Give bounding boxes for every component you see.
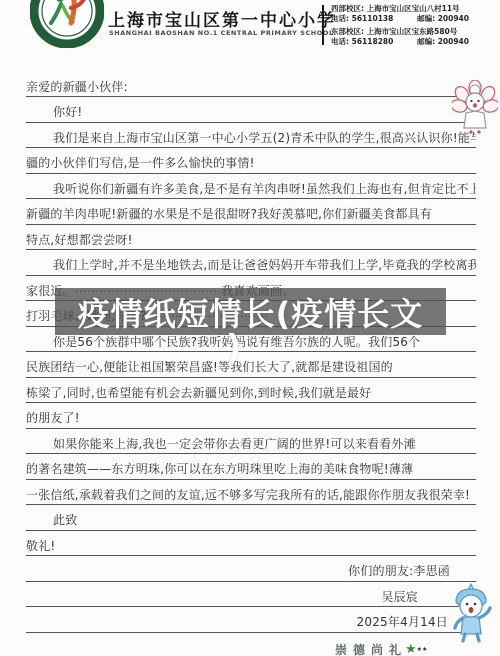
school-name-english: SHANGHAI BAOSHAN NO.1 CENTRAL PRIMARY SC… <box>109 29 329 37</box>
west-campus-phone: 电话: 56110138 <box>331 14 393 24</box>
caption-title: 疫情纸短情长(疫情长文 <box>78 289 424 335</box>
letter-line: 民族团结一心,便能让祖国繁荣昌盛!等我们长大了,就都是建设祖国的 <box>26 352 476 378</box>
east-campus-address: 东部校区: 上海市宝山区宝东路580号 <box>331 27 483 37</box>
west-campus: 西部校区: 上海市宝山区宝山八村11号 电话: 56110138 邮编: 200… <box>331 4 483 24</box>
caption-title-paren: ) <box>226 328 242 368</box>
flower-girl-sticker-icon <box>452 80 498 140</box>
letter-line: 的著名建筑——东方明珠,你可以在东方明珠里吃上海的美味食物呢!薄薄 <box>26 454 476 480</box>
letter-line: 如果你能来上海,我也一定会带你去看更广阔的世界!可以来看看外滩 <box>26 428 476 454</box>
east-campus-zip: 邮编: 200940 <box>417 37 469 47</box>
letter-line-salute: 敬礼! <box>26 530 476 556</box>
header-divider <box>322 5 324 45</box>
campus-address-block: 西部校区: 上海市宝山区宝山八村11号 电话: 56110138 邮编: 200… <box>331 4 483 50</box>
west-campus-zip: 邮编: 200940 <box>417 14 469 24</box>
letter-line-closing: 此致 <box>26 505 476 531</box>
letter-line: 我听说你们新疆有许多美食,是不是有羊肉串呀!虽然我们上海也有,但肯定比不上 <box>26 173 476 199</box>
east-campus-phone: 电话: 56118280 <box>331 37 393 47</box>
footer-motto-block: 崇德尚礼 ★ ★★ <box>335 641 427 656</box>
green-star-icon: ★ <box>405 642 417 656</box>
letter-line: 的朋友了! <box>26 403 476 429</box>
footer-motto: 崇德尚礼 <box>335 641 407 656</box>
letter-line: 疆的小伙伴们写信,是一件多么愉快的事情! <box>26 148 476 174</box>
school-logo-icon <box>30 0 104 48</box>
letter-line: 你好! <box>26 97 476 123</box>
letter-line: 我们上学时,并不是坐地铁去,而是让爸爸妈妈开车带我们上学,毕竟我的学校离我 <box>26 250 476 276</box>
signature-line: 你们的朋友:李思函 <box>26 556 476 582</box>
west-campus-address: 西部校区: 上海市宝山区宝山八村11号 <box>331 4 483 14</box>
letter-page: 上海市宝山区第一中心小学 SHANGHAI BAOSHAN NO.1 CENTR… <box>0 0 500 656</box>
school-name: 上海市宝山区第一中心小学 <box>108 6 328 31</box>
letter-line: 新疆的羊肉串呢!新疆的水果是不是很甜呀?我好羡慕吧,你们新疆美食都具有 <box>26 199 476 225</box>
letter-line-salutation: 亲爱的新疆小伙伴: <box>26 71 476 97</box>
letter-line: 我们是来自上海市宝山区第一中心小学五(2)青禾中队的学生,很高兴认识你!能与新 <box>26 122 476 148</box>
caption-overlay-banner: 疫情纸短情长(疫情长文 <box>55 288 446 335</box>
letter-line: 特点,好想都尝尝呀! <box>26 224 476 250</box>
date-line: 2025年4月14日 <box>26 607 476 633</box>
small-stars-icon: ★★ <box>417 646 428 653</box>
east-campus: 东部校区: 上海市宝山区宝东路580号 电话: 56118280 邮编: 200… <box>331 27 483 47</box>
signature-line: 吴辰宸 <box>26 581 476 607</box>
letter-line: 栋梁了,同时,也希望能有机会去新疆见到你,到时候,我们就是最好 <box>26 377 476 403</box>
letter-line: 一张信纸,承载着我们之间的友谊,远不够多写完我所有的话,能跟你作朋友我很荣幸! <box>26 479 476 505</box>
blue-mascot-sticker-icon <box>444 582 498 644</box>
